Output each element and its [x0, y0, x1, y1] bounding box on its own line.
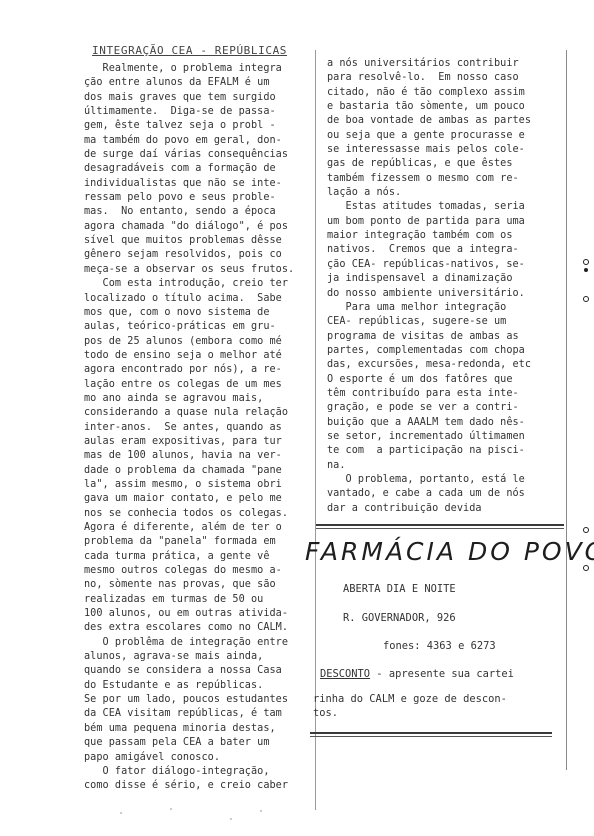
article-line: individualistas que não se inte-: [84, 177, 316, 191]
article-line: dar a contribuição devida: [327, 502, 567, 516]
right-column-border: [566, 50, 567, 770]
ad-discount-text: - apresente sua cartei: [370, 668, 514, 680]
article-line: Realmente, o problema integra: [84, 62, 316, 76]
article-line: que passam pela CEA a bater um: [84, 736, 316, 750]
article-line: mos que, com o novo sistema de: [84, 306, 316, 320]
ad-top-rule-secondary: [316, 528, 564, 529]
article-line: mo ano ainda se agravou mais,: [84, 392, 316, 406]
article-line: localizado o título acima. Sabe: [84, 292, 316, 306]
article-line: também fizessem o mesmo com re-: [327, 172, 567, 186]
article-line: se setor, incrementado últimamen: [327, 430, 567, 444]
scan-speck: [230, 818, 232, 820]
article-line: têm contribuído para esta inte-: [327, 387, 567, 401]
article-line: Se por um lado, poucos estudantes: [84, 693, 316, 707]
article-line: gas de repúblicas, e que êstes: [327, 157, 567, 171]
article-line: um bom ponto de partida para uma: [327, 215, 567, 229]
article-line: realizadas em turmas de 50 ou: [84, 593, 316, 607]
article-line: meça-se a observar os seus frutos.: [84, 263, 316, 277]
article-line: do Estudante e as repúblicas.: [84, 679, 316, 693]
article-line: O esporte é um dos fatôres que: [327, 373, 567, 387]
article-line: citado, não é tão complexo assim: [327, 86, 567, 100]
article-line: dos mais graves que tem surgido: [84, 91, 316, 105]
ad-discount-line-3: tos.: [313, 707, 338, 719]
article-line: des extra escolares como no CALM.: [84, 621, 316, 635]
article-line: inter-anos. Se antes, quando as: [84, 421, 316, 435]
ad-top-rule: [316, 524, 564, 526]
article-line: últimamente. Diga-se de passa-: [84, 105, 316, 119]
scan-speck: [170, 808, 172, 810]
ad-phones: fones: 4363 e 6273: [383, 640, 496, 652]
article-line: para resolvê-lo. Em nosso caso: [327, 71, 567, 85]
ad-bottom-rule-secondary: [310, 736, 552, 737]
binder-hole: [583, 527, 589, 533]
scanned-newspaper-page: INTEGRAÇÃO CEA - REPÚBLICAS Realmente, o…: [0, 0, 594, 836]
article-line: agora chamada "do diálogo", é pos: [84, 220, 316, 234]
article-line: lação a nós.: [327, 186, 567, 200]
ad-bottom-rule: [310, 732, 552, 734]
article-line: mas de 100 alunos, havia na ver-: [84, 449, 316, 463]
article-line: desagradáveis com a formação de: [84, 162, 316, 176]
article-line: partes, complementadas com chopa: [327, 344, 567, 358]
article-line: ou seja que a gente procurasse e: [327, 129, 567, 143]
article-line: alunos, agrava-se mais ainda,: [84, 650, 316, 664]
article-line: CEA- repúblicas, sugere-se um: [327, 315, 567, 329]
article-line: buição que a AAALM tem dado nês-: [327, 416, 567, 430]
article-line: la", assim mesmo, o sistema obri: [84, 478, 316, 492]
binder-hole: [583, 259, 589, 265]
article-line: bém uma pequena minoria destas,: [84, 722, 316, 736]
article-line: problema da "panela" formada em: [84, 535, 316, 549]
article-line: na.: [327, 459, 567, 473]
scan-speck: [120, 812, 122, 814]
article-line: mesmo outros colegas do mesmo a-: [84, 564, 316, 578]
article-line: a nós universitários contribuir: [327, 57, 567, 71]
binder-hole: [583, 296, 589, 302]
article-line: aulas, teórico-práticas em gru-: [84, 320, 316, 334]
article-line: 100 alunos, ou em outras ativida-: [84, 607, 316, 621]
article-line: te com a participação na pisci-: [327, 444, 567, 458]
article-line: dade o problema da chamada "pane: [84, 464, 316, 478]
article-line: considerando a quase nula relação: [84, 406, 316, 420]
ad-hours: ABERTA DIA E NOITE: [343, 583, 456, 595]
article-line: sível que muitos problemas dêsse: [84, 234, 316, 248]
article-line: da CEA visitam repúblicas, é tam: [84, 707, 316, 721]
article-line: pos de 25 alunos (embora como mé: [84, 335, 316, 349]
binder-hole: [583, 565, 589, 571]
article-line: no, sòmente nas provas, que são: [84, 578, 316, 592]
article-line: vantado, e cabe a cada um de nós: [327, 487, 567, 501]
article-line: Estas atitudes tomadas, seria: [327, 200, 567, 214]
article-line: das, excursões, mesa-redonda, etc: [327, 358, 567, 372]
ad-pharmacy-title: FARMÁCIA DO POVO: [305, 537, 594, 566]
article-line: de boa vontade de ambas as partes: [327, 114, 567, 128]
article-line: gem, êste talvez seja o probl -: [84, 119, 316, 133]
article-line: gração, e pode se ver a contri-: [327, 401, 567, 415]
article-line: maior integração também com os: [327, 229, 567, 243]
ad-discount-label: DESCONTO: [320, 668, 370, 680]
article-line: aulas eram expositivas, para tur: [84, 435, 316, 449]
article-left-column: Realmente, o problema integração entre a…: [84, 62, 316, 794]
article-line: ja indispensavel a dinamização: [327, 272, 567, 286]
article-line: Para uma melhor integração: [327, 301, 567, 315]
article-line: como disse é sério, e creio caber: [84, 779, 316, 793]
article-line: e bastaria tão sòmente, um pouco: [327, 100, 567, 114]
article-line: lação entre os colegas de um mes: [84, 378, 316, 392]
article-line: O fator diálogo-integração,: [84, 765, 316, 779]
article-line: programa de visitas de ambas as: [327, 330, 567, 344]
article-line: nos se conhecia todos os colegas.: [84, 507, 316, 521]
article-line: Agora é diferente, além de ter o: [84, 521, 316, 535]
article-line: papo amigável conosco.: [84, 751, 316, 765]
ad-address: R. GOVERNADOR, 926: [343, 612, 456, 624]
article-right-column: a nós universitários contribuirpara reso…: [327, 57, 567, 516]
article-headline: INTEGRAÇÃO CEA - REPÚBLICAS: [92, 44, 287, 57]
article-line: mas. No entanto, sendo a época: [84, 205, 316, 219]
article-line: do nosso ambiente universitário.: [327, 287, 567, 301]
ad-discount-line-2: rinha do CALM e goze de descon-: [313, 693, 507, 705]
article-line: de surge daí várias consequências: [84, 148, 316, 162]
article-line: ção entre alunos da EFALM é um: [84, 76, 316, 90]
article-line: Com esta introdução, creio ter: [84, 277, 316, 291]
article-line: cada turma prática, a gente vê: [84, 550, 316, 564]
ad-discount-line: DESCONTO - apresente sua cartei: [320, 668, 514, 680]
scan-speck: [260, 810, 262, 812]
article-line: ressam pelo povo e seus proble-: [84, 191, 316, 205]
article-line: gava um maior contato, e pelo me: [84, 492, 316, 506]
article-line: agora encontrado por nós), a re-: [84, 363, 316, 377]
article-line: ção CEA- repúblicas-nativos, se-: [327, 258, 567, 272]
article-line: se interessasse mais pelos cole-: [327, 143, 567, 157]
article-line: gênero sejam resolvidos, pois co: [84, 248, 316, 262]
article-line: nativos. Cremos que a integra-: [327, 243, 567, 257]
article-line: todo de ensino seja o melhor até: [84, 349, 316, 363]
article-line: ma também do povo em geral, don-: [84, 134, 316, 148]
article-line: O problêma de integração entre: [84, 636, 316, 650]
binder-hole: [584, 268, 588, 272]
article-line: quando se considera a nossa Casa: [84, 664, 316, 678]
article-line: O problema, portanto, está le: [327, 473, 567, 487]
